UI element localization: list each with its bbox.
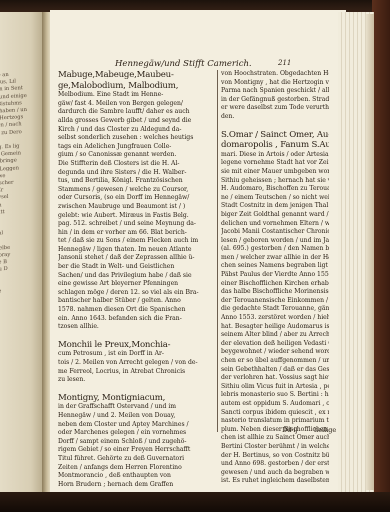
text-column-right: von Hoochstraten. Obgedachten Herrnvon M…	[221, 70, 329, 486]
text-line: der verlohren hat. Vossius sagt hievon a…	[221, 374, 329, 383]
text-line: Jacobi Manii Costantischer Chronic zu	[221, 228, 329, 237]
text-line: gäw/ fast 4. Meilen von Bergen gelegen/	[58, 100, 216, 109]
text-line: Sachen/ und das Privilegium habe / daß s…	[58, 272, 216, 281]
text-line: Parma nach Spanien geschickt / allda er	[221, 87, 329, 96]
text-line: oder Marchenes gelegen / ein vornehmes	[58, 429, 216, 438]
entry-heading: S.Omar / Sainct Omer, Au-	[221, 130, 329, 141]
text-line: Horn Brudern ; hernach dem Graffen	[58, 481, 216, 490]
text-line: dardurch die Sambre laufft/ daher es auc…	[58, 108, 216, 117]
text-column-left: Mabuge,Mabeuge,Maubeu-ge,Malobodium, Mal…	[58, 70, 216, 489]
text-line: delichen und vornehmen Eltern / wie in d…	[221, 220, 329, 229]
text-line: der elevation deß heiligen Vedasti Cörpe…	[221, 340, 329, 349]
book-frame-bottom	[0, 492, 390, 512]
entry-heading: Montigny, Montigniacum,	[58, 393, 216, 404]
book-cover-edge	[372, 0, 390, 512]
text-line: chen seines Namens begraben ligt / die	[221, 262, 329, 271]
text-line: beygewohnet / wieder sehend worden ; wel…	[221, 348, 329, 357]
text-line: gelebt: wie Aubert. Miræus in Fastis Bel…	[58, 212, 216, 221]
text-line: zwischen Maubruge und Beaumont ist / )	[58, 203, 216, 212]
text-line: Sithiu olim Vicus fuit in Artesia , perc…	[221, 383, 329, 392]
text-line: Bertini Closter berühmt / in welchem er …	[221, 443, 329, 452]
left-page-text: sollen Jhme anLillos, Lilerus, Lilvon Va…	[0, 70, 44, 326]
text-line: plum. Neben dieser Bischofflichen Kir-	[221, 426, 329, 435]
signature-mark: Dd ij	[282, 426, 298, 434]
paragraph-gap	[221, 122, 329, 130]
text-line: ne / einem Teutschen / so nicht weit von…	[221, 194, 329, 203]
text-line: Titul führet. Gehörte zu deß Guvernatori	[58, 455, 216, 464]
text-line: den.	[221, 113, 329, 122]
text-line: degunda und ihre Sisters / die H. Walber…	[58, 169, 216, 178]
text-line: zu lesen.	[58, 376, 216, 385]
text-line: (al. 695.) gestorben / den Namen bekom-	[221, 245, 329, 254]
text-line: lesen / geboren worden / und im Jahr 665…	[221, 237, 329, 246]
entry-heading: domaropolis , Fanum S.Audo-	[221, 140, 329, 151]
text-line: Montmorancio , deß enthaupten von	[58, 472, 216, 481]
entry-heading: Monchii le Preux,Monchia-	[58, 340, 216, 351]
text-line: 1578. nahmen diesen Ort die Spanischen	[58, 306, 216, 315]
text-line: in der Graffschafft Ostervand / und im	[58, 403, 216, 412]
text-line: eine gewisse Art bleyerner Pfenningen	[58, 280, 216, 289]
text-line: pag. 512. schreibet / und seine Meynung …	[58, 220, 216, 229]
text-line: der Terouanensische Einkommen / nach dem	[221, 297, 329, 306]
text-line: ist. Es ruhet ingleichem daselbsten der	[221, 477, 329, 486]
text-line: und Anno 698. gestorben / der erste Apt	[221, 460, 329, 469]
text-line: Hennegäw / ligen thaten. Im neuen Atlant…	[58, 246, 216, 255]
text-line: autem est oppidum S. Audomari , cujus	[221, 400, 329, 409]
text-line: hin / in dem er vorher am 66. Blat beric…	[58, 229, 216, 238]
text-line: bantischer halber Stüber / gelten. Anno	[58, 297, 216, 306]
text-line: gium / so Canonissæ genannt werden.	[58, 151, 216, 160]
text-line: hat. Besagter heilige Audomarus ist in	[221, 323, 329, 332]
text-line: er were daselbst zum Tode verurtheilt wo…	[221, 104, 329, 113]
text-line: Dorff / sampt einem Schloß / und zugehö-	[58, 438, 216, 447]
text-line: seinem Alter blind / aber zu Arrecht / a…	[221, 331, 329, 340]
text-line: Melbodium. Eine Stadt im Henne-	[58, 91, 216, 100]
page-edge-shadow	[366, 14, 374, 490]
paragraph-gap	[58, 332, 216, 340]
text-line: rigem Gebiet / so einer Freyen Herrschaf…	[58, 446, 216, 455]
text-line: in der Gefängnuß gestorben. Strada sagt/	[221, 96, 329, 105]
text-line: legene vornehme Stadt hat vor Zeiten / c…	[221, 159, 329, 168]
page-number: 211	[278, 59, 291, 67]
left-page-line: gen Jahr.	[0, 315, 44, 326]
text-line: neben dem Closter und Aptey Marchines /	[58, 421, 216, 430]
text-line: Stammens / gewesen / welche zu Coursor,	[58, 186, 216, 195]
text-line: das halbe Bischoffliche Morinensische / …	[221, 288, 329, 297]
text-line: ein. Anno 1643. befanden sich die Fran-	[58, 315, 216, 324]
page-footer: Dd ij heilige	[282, 426, 298, 434]
text-line: tus, und Bertilia, Königl. Frantzösische…	[58, 177, 216, 186]
text-line: selbst sonderlich zusehen : welches heut…	[58, 134, 216, 143]
text-line: chen ist allhie zu Sainct Omer auch deß …	[221, 434, 329, 443]
text-line: Sancti corpus ibidem quiescit , ex mo-	[221, 409, 329, 418]
paragraph-gap	[58, 385, 216, 393]
text-line: me Ferreol, Locrius, in Atrebat Chronici…	[58, 368, 216, 377]
text-line: Kirch / und das Closter zu Aldegund da-	[58, 126, 216, 135]
text-line: von Hoochstraten. Obgedachten Herrn	[221, 70, 329, 79]
left-page: sollen Jhme anLillos, Lilerus, Lilvon Va…	[0, 12, 44, 500]
catchword: heilige	[314, 426, 336, 434]
text-line: sie mit einer Mauer umbgeben worden /	[221, 168, 329, 177]
text-line: gewesen / und auch da begraben worden	[221, 469, 329, 478]
text-line: Anno 1553. zerstöret worden / hieher geb…	[221, 314, 329, 323]
text-line: allda grosses Gewerb gibet / und seynd d…	[58, 117, 216, 126]
text-line: Hennegäw / und 2. Meilen von Douay,	[58, 412, 216, 421]
text-line: tet / daß sie zu Sons / einem Flecken au…	[58, 237, 216, 246]
text-line: Zeiten / anfangs dem Herren Florentino	[58, 464, 216, 473]
text-line: Päbst Paulus der Vierdte Anno 1559. zu	[221, 271, 329, 280]
text-line: nasterio translatum in primarium tem-	[221, 417, 329, 426]
text-line: schlagen möge / deren 12. so viel als ei…	[58, 289, 216, 298]
text-line: biger Zeit Goldthal genannt ward / von A…	[221, 211, 329, 220]
text-line: Jansonii stehet / daß der Zeprassen allh…	[58, 254, 216, 263]
text-line: ber die Stadt in Welt- und Geistlichen	[58, 263, 216, 272]
text-line: oder Cursoris, (so ein Dorff im Hennegäw…	[58, 194, 216, 203]
text-line: sein Gebethhalten / daß er das Gesicht w…	[221, 366, 329, 375]
entry-heading: ge,Malobodium, Malbodium,	[58, 81, 216, 92]
text-line: von Montigny , hat die Hertzogin von	[221, 79, 329, 88]
text-line: die gedachte Stadt Terouanne, gänzlich	[221, 305, 329, 314]
text-line: Sithiu geheissen ; hernach hat sie von d…	[221, 177, 329, 186]
text-line: tois / 2. Meilen von Arrecht gelegen / v…	[58, 359, 216, 368]
text-line: Stadt Costnitz in dem jenigen Thal / so …	[221, 202, 329, 211]
text-line: H. Audomaro, Bischoffen zu Terouan-	[221, 185, 329, 194]
text-line: cum Petrosum , ist ein Dorff in Ar-	[58, 350, 216, 359]
text-line: tzosen allhie.	[58, 323, 216, 332]
column-divider	[217, 70, 218, 432]
text-line: lebris monasterio suo S. Bertini : hodie	[221, 391, 329, 400]
text-line: tags ein Adelichen Jungfrauen Colle-	[58, 143, 216, 152]
text-line: einer Bischofflichen Kirchen erhaben / u…	[221, 280, 329, 289]
text-line: men / welcher zwar allhie in der Haupt-K…	[221, 254, 329, 263]
entry-heading: Mabuge,Mabeuge,Maubeu-	[58, 70, 216, 81]
text-line: mari. Diese in Artois / oder Artesia, ge…	[221, 151, 329, 160]
text-line: der H. Bertinus, so von Costnitz bürtig …	[221, 452, 329, 461]
running-head-title: Hennegäw/und Stifft Camerich.	[115, 59, 252, 69]
text-line: Die Stiffterin deß Closters ist die H. A…	[58, 160, 216, 169]
text-line: chen er so übel auffgenommen / und durch	[221, 357, 329, 366]
